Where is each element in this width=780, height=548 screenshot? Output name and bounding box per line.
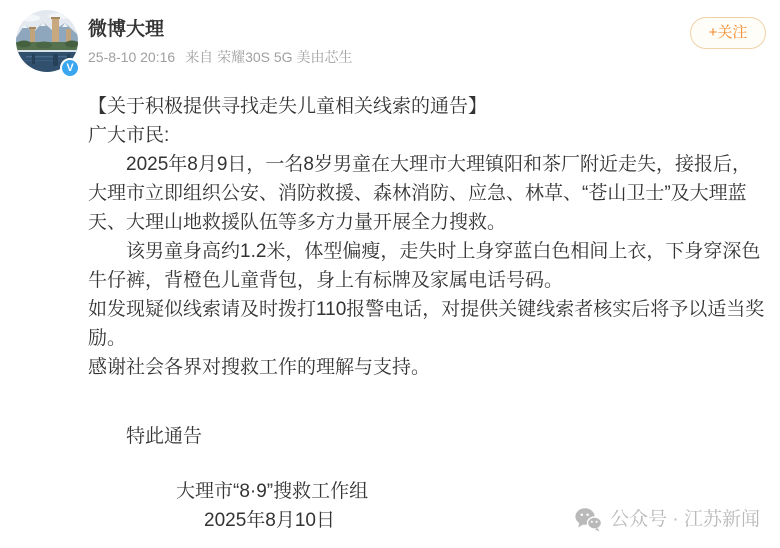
post-line: 天、大理山地救援队伍等多方力量开展全力搜救。: [88, 208, 760, 237]
verified-badge-icon: V: [60, 58, 80, 78]
wechat-icon: [575, 507, 602, 532]
post-body: 【关于积极提供寻找走失儿童相关线索的通告】 广大市民: 2025年8月9日，一名…: [0, 72, 780, 535]
notice-closing: 特此通告: [88, 422, 760, 451]
timestamp: 25-8-10 20:16: [88, 49, 175, 65]
post-title: 【关于积极提供寻找走失儿童相关线索的通告】: [88, 92, 760, 121]
post-line: 广大市民:: [88, 121, 760, 150]
username[interactable]: 微博大理: [88, 18, 352, 42]
post-line: 感谢社会各界对搜救工作的理解与支持。: [88, 353, 760, 382]
post-meta: 25-8-10 20:16来自 荣耀30S 5G 美由芯生: [88, 49, 352, 66]
post-header: V 微博大理 25-8-10 20:16来自 荣耀30S 5G 美由芯生 +关注: [0, 0, 780, 72]
post-line: 牛仔裤，背橙色儿童背包，身上有标牌及家属电话号码。: [88, 266, 760, 295]
post-line: 如发现疑似线索请及时拨打110报警电话，对提供关键线索者核实后将予以适当奖: [88, 295, 760, 324]
post-line: 该男童身高约1.2米，体型偏瘦，走失时上身穿蓝白色相间上衣，下身穿深色: [88, 237, 760, 266]
watermark: 公众号 · 江苏新闻: [575, 507, 760, 532]
watermark-text: 公众号 · 江苏新闻: [610, 508, 760, 532]
follow-button[interactable]: +关注: [690, 17, 766, 49]
post-line: 励。: [88, 324, 760, 353]
avatar[interactable]: V: [16, 10, 78, 72]
signature-org: 大理市“8·9”搜救工作组: [88, 477, 760, 506]
post-line: 大理市立即组织公安、消防救援、森林消防、应急、林草、“苍山卫士”及大理蓝: [88, 179, 760, 208]
post-source: 来自 荣耀30S 5G 美由芯生: [185, 49, 352, 65]
post-line: 2025年8月9日，一名8岁男童在大理市大理镇阳和茶厂附近走失，接报后，: [88, 150, 760, 179]
